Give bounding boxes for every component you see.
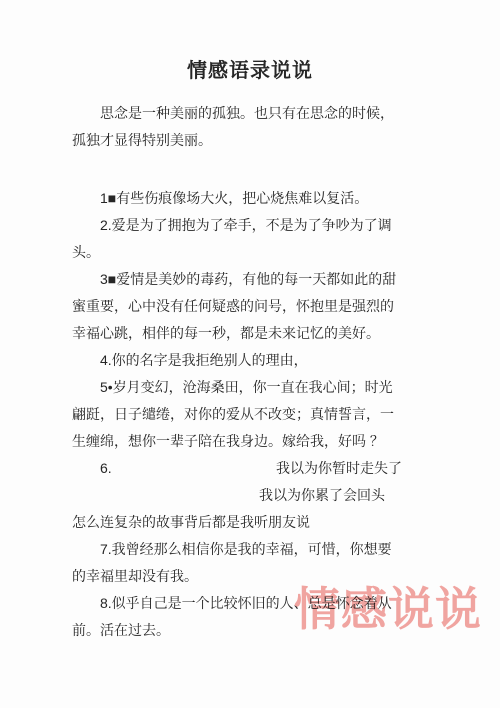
quote-6-right-line-1: 我以为你暂时走失了: [276, 455, 402, 482]
quote-6: 6. 我以为你暂时走失了 我以为你累了会回头 怎么连复杂的故事背后都是我听朋友说: [72, 455, 402, 536]
quote-7: 7.我曾经那么相信你是我的幸福，可惜，你想要的幸福里却没有我。: [72, 536, 402, 590]
document-body: 思念是一种美丽的孤独。也只有在思念的时候，孤独才显得特别美丽。 1■有些伤痕像场…: [72, 100, 402, 644]
quote-6-closing-line: 怎么连复杂的故事背后都是我听朋友说: [72, 509, 402, 536]
intro-paragraph: 思念是一种美丽的孤独。也只有在思念的时候，孤独才显得特别美丽。: [72, 100, 402, 154]
quote-8: 8.似乎自己是一个比较怀旧的人、总是怀念着从前。活在过去。: [72, 590, 402, 644]
page-title: 情感语录说说: [0, 0, 500, 86]
quote-6-first-line: 6. 我以为你暂时走失了: [72, 455, 402, 482]
quote-3: 3■爱情是美妙的毒药，有他的每一天都如此的甜蜜重要，心中没有任何疑惑的问号，怀抱…: [72, 266, 402, 347]
quote-4: 4.你的名字是我拒绝别人的理由，: [72, 347, 402, 374]
quote-6-right-line-2: 我以为你累了会回头: [72, 482, 402, 509]
document-page: 情感语录说说 思念是一种美丽的孤独。也只有在思念的时候，孤独才显得特别美丽。 1…: [0, 0, 500, 708]
quote-1: 1■有些伤痕像场大火，把心烧焦难以复活。: [72, 185, 402, 212]
quote-5: 5•岁月变幻，沧海桑田，你一直在我心间；时光翩跹，日子缱绻，对你的爱从不改变；真…: [72, 374, 402, 455]
quote-2: 2.爱是为了拥抱为了牵手，不是为了争吵为了调头。: [72, 212, 402, 266]
quote-6-number: 6.: [72, 455, 112, 482]
